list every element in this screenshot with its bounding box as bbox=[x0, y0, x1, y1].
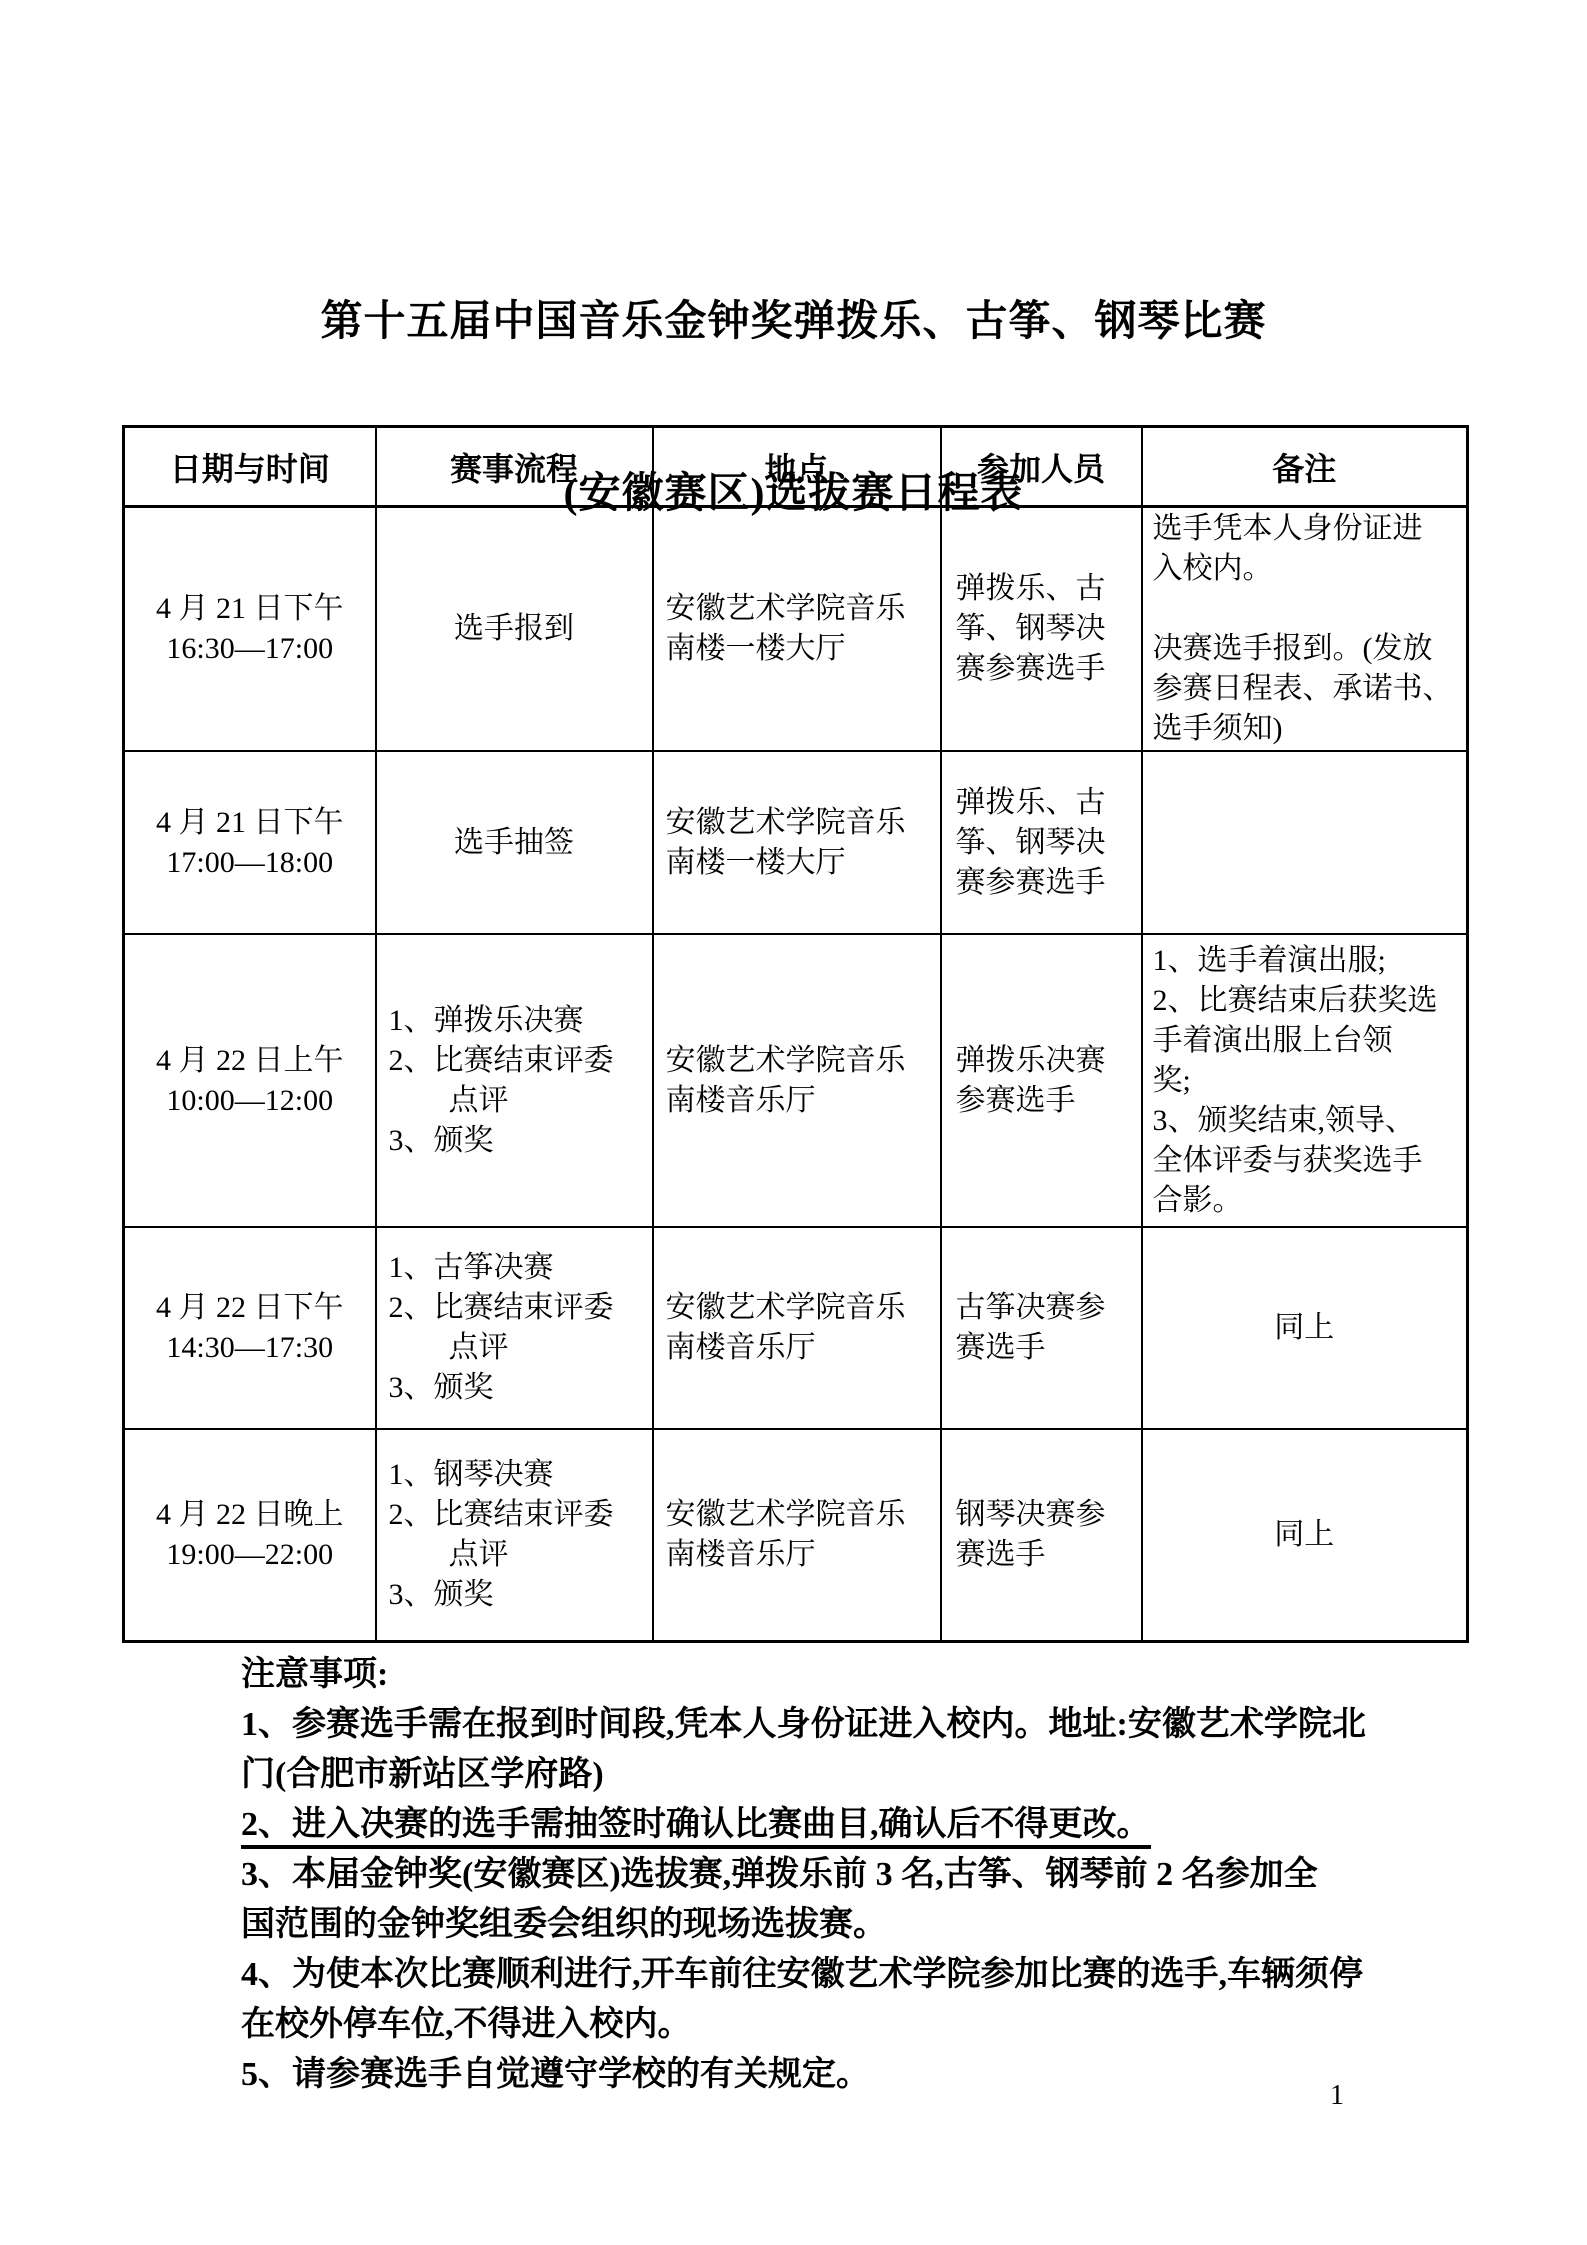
table-header-row: 日期与时间 赛事流程 地点 参加人员 备注 bbox=[124, 427, 1468, 507]
header-cell-date: 日期与时间 bbox=[124, 427, 376, 507]
table-row-piano-final: 4 月 22 日晚上 19:00—22:00 1、钢琴决赛 2、比赛结束评委 点… bbox=[124, 1429, 1468, 1641]
remarks-cell: 同上 bbox=[1142, 1429, 1468, 1641]
location-cell: 安徽艺术学院音乐 南楼一楼大厅 bbox=[653, 751, 941, 934]
participants-cell: 弹拨乐、古 筝、钢琴决 赛参赛选手 bbox=[941, 507, 1142, 752]
title-line-1: 第十五届中国音乐金钟奖弹拨乐、古筝、钢琴比赛 bbox=[0, 279, 1587, 365]
participants-cell: 弹拨乐、古 筝、钢琴决 赛参赛选手 bbox=[941, 751, 1142, 934]
header-cell-remarks: 备注 bbox=[1142, 427, 1468, 507]
notes-heading: 注意事项: bbox=[241, 1650, 1481, 1700]
location-cell: 安徽艺术学院音乐 南楼音乐厅 bbox=[653, 934, 941, 1227]
process-cell: 1、弹拨乐决赛 2、比赛结束评委 点评 3、颁奖 bbox=[376, 934, 653, 1227]
participants-cell: 弹拨乐决赛 参赛选手 bbox=[941, 934, 1142, 1227]
header-cell-location: 地点 bbox=[653, 427, 941, 507]
participants-cell: 古筝决赛参 赛选手 bbox=[941, 1227, 1142, 1429]
table-row-draw: 4 月 21 日下午 17:00—18:00 选手抽签 安徽艺术学院音乐 南楼一… bbox=[124, 751, 1468, 934]
remarks-cell: 选手凭本人身份证进 入校内。 决赛选手报到。(发放 参赛日程表、承诺书、 选手须… bbox=[1142, 507, 1468, 752]
notes-section: 注意事项: 1、参赛选手需在报到时间段,凭本人身份证进入校内。地址:安徽艺术学院… bbox=[241, 1650, 1481, 2100]
date-cell: 4 月 21 日下午 16:30—17:00 bbox=[124, 507, 376, 752]
location-cell: 安徽艺术学院音乐 南楼音乐厅 bbox=[653, 1227, 941, 1429]
note-item-2: 2、进入决赛的选手需抽签时确认比赛曲目,确认后不得更改。 bbox=[241, 1800, 1481, 1850]
date-cell: 4 月 21 日下午 17:00—18:00 bbox=[124, 751, 376, 934]
schedule-table: 日期与时间 赛事流程 地点 参加人员 备注 4 月 21 日下午 16:30—1… bbox=[122, 425, 1469, 1643]
location-cell: 安徽艺术学院音乐 南楼音乐厅 bbox=[653, 1429, 941, 1641]
location-cell: 安徽艺术学院音乐 南楼一楼大厅 bbox=[653, 507, 941, 752]
header-cell-participants: 参加人员 bbox=[941, 427, 1142, 507]
note-item-3: 3、本届金钟奖(安徽赛区)选拔赛,弹拨乐前 3 名,古筝、钢琴前 2 名参加全 … bbox=[241, 1850, 1481, 1950]
note-item-1: 1、参赛选手需在报到时间段,凭本人身份证进入校内。地址:安徽艺术学院北 门(合肥… bbox=[241, 1700, 1481, 1800]
process-cell: 1、古筝决赛 2、比赛结束评委 点评 3、颁奖 bbox=[376, 1227, 653, 1429]
process-cell: 1、钢琴决赛 2、比赛结束评委 点评 3、颁奖 bbox=[376, 1429, 653, 1641]
date-cell: 4 月 22 日晚上 19:00—22:00 bbox=[124, 1429, 376, 1641]
header-cell-process: 赛事流程 bbox=[376, 427, 653, 507]
remarks-cell: 同上 bbox=[1142, 1227, 1468, 1429]
process-cell: 选手报到 bbox=[376, 507, 653, 752]
process-cell: 选手抽签 bbox=[376, 751, 653, 934]
note-item-4: 4、为使本次比赛顺利进行,开车前往安徽艺术学院参加比赛的选手,车辆须停 在校外停… bbox=[241, 1950, 1481, 2050]
page-number: 1 bbox=[1330, 2080, 1344, 2112]
table-row-guzheng-final: 4 月 22 日下午 14:30—17:30 1、古筝决赛 2、比赛结束评委 点… bbox=[124, 1227, 1468, 1429]
page-container: 第十五届中国音乐金钟奖弹拨乐、古筝、钢琴比赛 (安徽赛区)选拔赛日程表 日期与时… bbox=[0, 0, 1587, 2245]
remarks-cell bbox=[1142, 751, 1468, 934]
table-row-checkin: 4 月 21 日下午 16:30—17:00 选手报到 安徽艺术学院音乐 南楼一… bbox=[124, 507, 1468, 752]
note-underline-text: 2、进入决赛的选手需抽签时确认比赛曲目,确认后不得更改。 bbox=[241, 1806, 1151, 1849]
table-row-plucked-final: 4 月 22 日上午 10:00—12:00 1、弹拨乐决赛 2、比赛结束评委 … bbox=[124, 934, 1468, 1227]
remarks-cell: 1、选手着演出服; 2、比赛结束后获奖选 手着演出服上台领 奖; 3、颁奖结束,… bbox=[1142, 934, 1468, 1227]
note-item-5: 5、请参赛选手自觉遵守学校的有关规定。 bbox=[241, 2050, 1481, 2100]
date-cell: 4 月 22 日下午 14:30—17:30 bbox=[124, 1227, 376, 1429]
participants-cell: 钢琴决赛参 赛选手 bbox=[941, 1429, 1142, 1641]
date-cell: 4 月 22 日上午 10:00—12:00 bbox=[124, 934, 376, 1227]
